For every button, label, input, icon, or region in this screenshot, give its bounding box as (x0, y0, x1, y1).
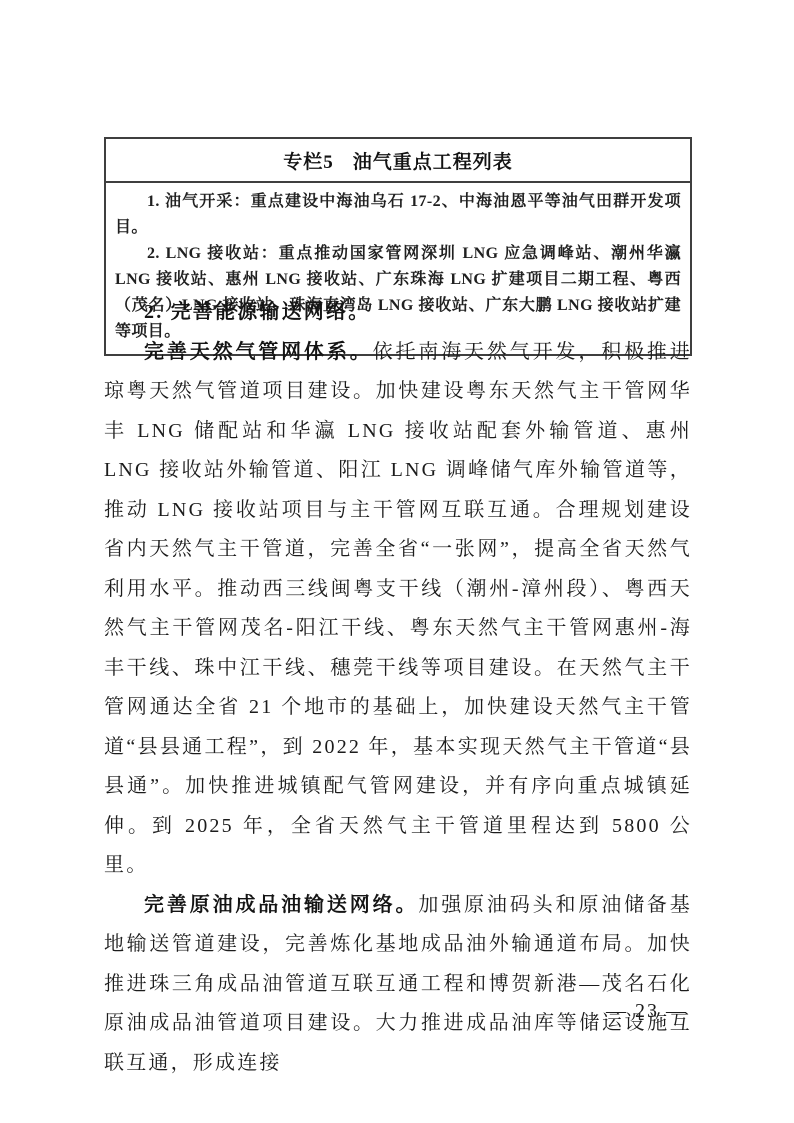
paragraph-gas-network: 完善天然气管网体系。依托南海天然气开发，积极推进琼粤天然气管道项目建设。加快建设… (104, 333, 692, 886)
box-title: 油气重点工程列表 (353, 147, 513, 174)
document-body: 2. 完善能源输送网络。 完善天然气管网体系。依托南海天然气开发，积极推进琼粤天… (104, 293, 692, 1083)
box-label: 专栏5 (283, 147, 334, 174)
box-item-oil-gas-extraction: 1. 油气开采：重点建设中海油乌石 17-2、中海油恩平等油气田群开发项目。 (115, 189, 681, 241)
paragraph-oil-lead: 完善原油成品油输送网络。 (144, 894, 418, 916)
paragraph-oil-network: 完善原油成品油输送网络。加强原油码头和原油储备基地输送管道建设，完善炼化基地成品… (104, 886, 692, 1084)
paragraph-gas-lead: 完善天然气管网体系。 (144, 341, 373, 363)
paragraph-gas-text: 依托南海天然气开发，积极推进琼粤天然气管道项目建设。加快建设粤东天然气主干管网华… (104, 341, 692, 877)
page-number: — 23 — (606, 1000, 688, 1023)
section-heading: 2. 完善能源输送网络。 (104, 293, 692, 333)
box-header: 专栏5 油气重点工程列表 (106, 139, 690, 183)
paragraph-oil-text: 加强原油码头和原油储备基地输送管道建设，完善炼化基地成品油外输通道布局。加快推进… (104, 894, 692, 1074)
document-page: 专栏5 油气重点工程列表 1. 油气开采：重点建设中海油乌石 17-2、中海油恩… (0, 0, 794, 1123)
